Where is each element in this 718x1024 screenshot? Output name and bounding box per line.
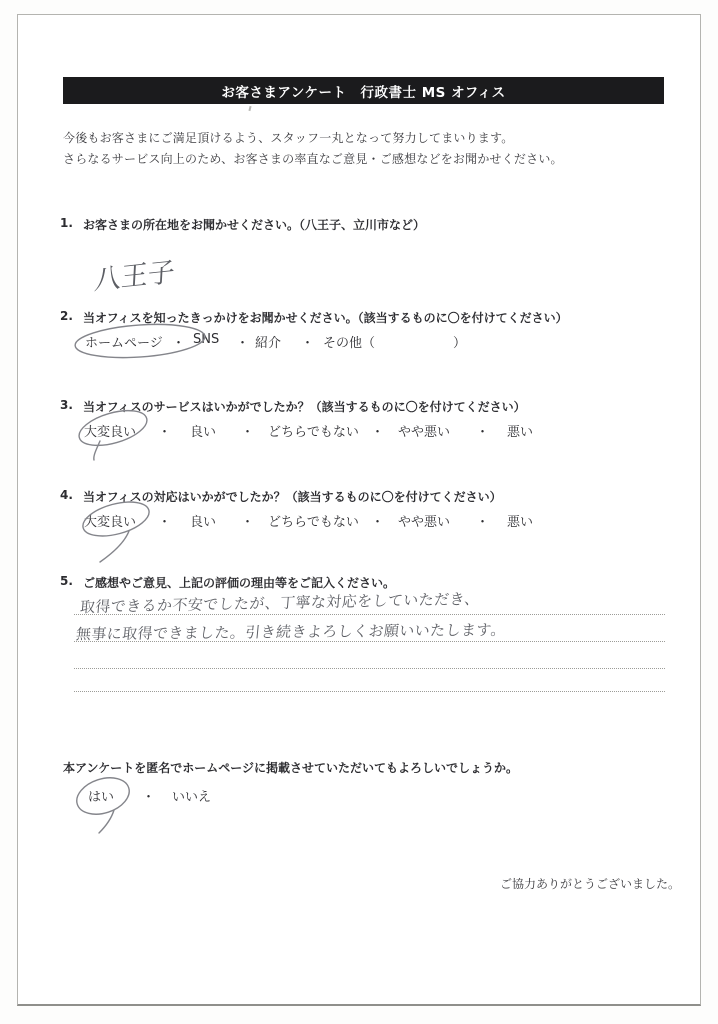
- form-title: お客さまアンケート 行政書士 MS オフィス: [221, 81, 505, 101]
- question-1: 1. お客さまの所在地をお聞かせください。（八王子、立川市など）: [60, 216, 425, 233]
- question-2-text: 当オフィスを知ったきっかけをお聞かせください。（該当するものに〇を付けてください…: [83, 309, 568, 326]
- q3-option-neutral: どちらでもない: [268, 421, 359, 440]
- question-5-text: ご感想やご意見、上記の評価の理由等をご記入ください。: [83, 574, 395, 591]
- q4-option-somewhat-bad: やや悪い: [398, 511, 450, 530]
- option-separator: ・: [172, 332, 185, 351]
- option-separator: ・: [142, 786, 155, 805]
- option-separator: ・: [476, 421, 489, 440]
- answer-line-1: [74, 614, 665, 615]
- publish-option-yes: はい: [88, 786, 114, 805]
- question-3-number: 3.: [60, 398, 83, 415]
- publish-option-no: いいえ: [172, 786, 211, 805]
- option-separator: ・: [158, 511, 171, 530]
- intro-line-2: さらなるサービス向上のため、お客さまの率直なご意見・ご感想などをお聞かせください…: [63, 150, 563, 167]
- option-separator: ・: [241, 421, 254, 440]
- q4-option-neutral: どちらでもない: [268, 511, 359, 530]
- q4-option-excellent: 大変良い: [84, 511, 136, 530]
- q2-option-referral: 紹介: [255, 332, 281, 351]
- question-4-number: 4.: [60, 488, 83, 505]
- publish-consent-question: 本アンケートを匿名でホームページに掲載させていただいてもよろしいでしょうか。: [63, 759, 518, 776]
- closing-thanks: ご協力ありがとうございました。: [500, 875, 680, 892]
- question-5-number: 5.: [60, 574, 83, 591]
- q3-option-bad: 悪い: [507, 421, 533, 440]
- question-4: 4. 当オフィスの対応はいかがでしたか？（該当するものに〇を付けてください）: [60, 488, 502, 505]
- q2-option-homepage: ホームページ: [85, 332, 163, 351]
- question-5: 5. ご感想やご意見、上記の評価の理由等をご記入ください。: [60, 574, 395, 591]
- option-separator: ・: [236, 332, 249, 351]
- intro-line-1: 今後もお客さまにご満足頂けるよう、スタッフ一丸となって努力してまいります。: [63, 129, 513, 146]
- answer-line-3: [74, 668, 665, 669]
- q2-option-other: その他（ ）: [323, 332, 466, 351]
- q4-option-bad: 悪い: [507, 511, 533, 530]
- question-2-number: 2.: [60, 309, 83, 326]
- q2-option-sns: SNS: [193, 332, 219, 347]
- option-separator: ・: [301, 332, 314, 351]
- question-3-text: 当オフィスのサービスはいかがでしたか？（該当するものに〇を付けてください）: [83, 398, 526, 415]
- question-4-text: 当オフィスの対応はいかがでしたか？（該当するものに〇を付けてください）: [83, 488, 502, 505]
- q3-option-somewhat-bad: やや悪い: [398, 421, 450, 440]
- answer-line-4: [74, 691, 665, 692]
- option-separator: ・: [241, 511, 254, 530]
- q3-option-excellent: 大変良い: [84, 421, 136, 440]
- option-separator: ・: [371, 511, 384, 530]
- publish-consent-text: 本アンケートを匿名でホームページに掲載させていただいてもよろしいでしょうか。: [63, 759, 518, 776]
- q4-option-good: 良い: [190, 511, 216, 530]
- form-title-bar: お客さまアンケート 行政書士 MS オフィス: [63, 77, 664, 104]
- option-separator: ・: [476, 511, 489, 530]
- q3-option-good: 良い: [190, 421, 216, 440]
- answer-line-2: [74, 641, 665, 642]
- option-separator: ・: [371, 421, 384, 440]
- question-1-text: お客さまの所在地をお聞かせください。（八王子、立川市など）: [83, 216, 425, 233]
- question-1-number: 1.: [60, 216, 83, 233]
- option-separator: ・: [158, 421, 171, 440]
- scanned-survey-page: お客さまアンケート 行政書士 MS オフィス 今後もお客さまにご満足頂けるよう、…: [0, 0, 718, 1024]
- question-3: 3. 当オフィスのサービスはいかがでしたか？（該当するものに〇を付けてください）: [60, 398, 526, 415]
- question-2: 2. 当オフィスを知ったきっかけをお聞かせください。（該当するものに〇を付けてく…: [60, 309, 568, 326]
